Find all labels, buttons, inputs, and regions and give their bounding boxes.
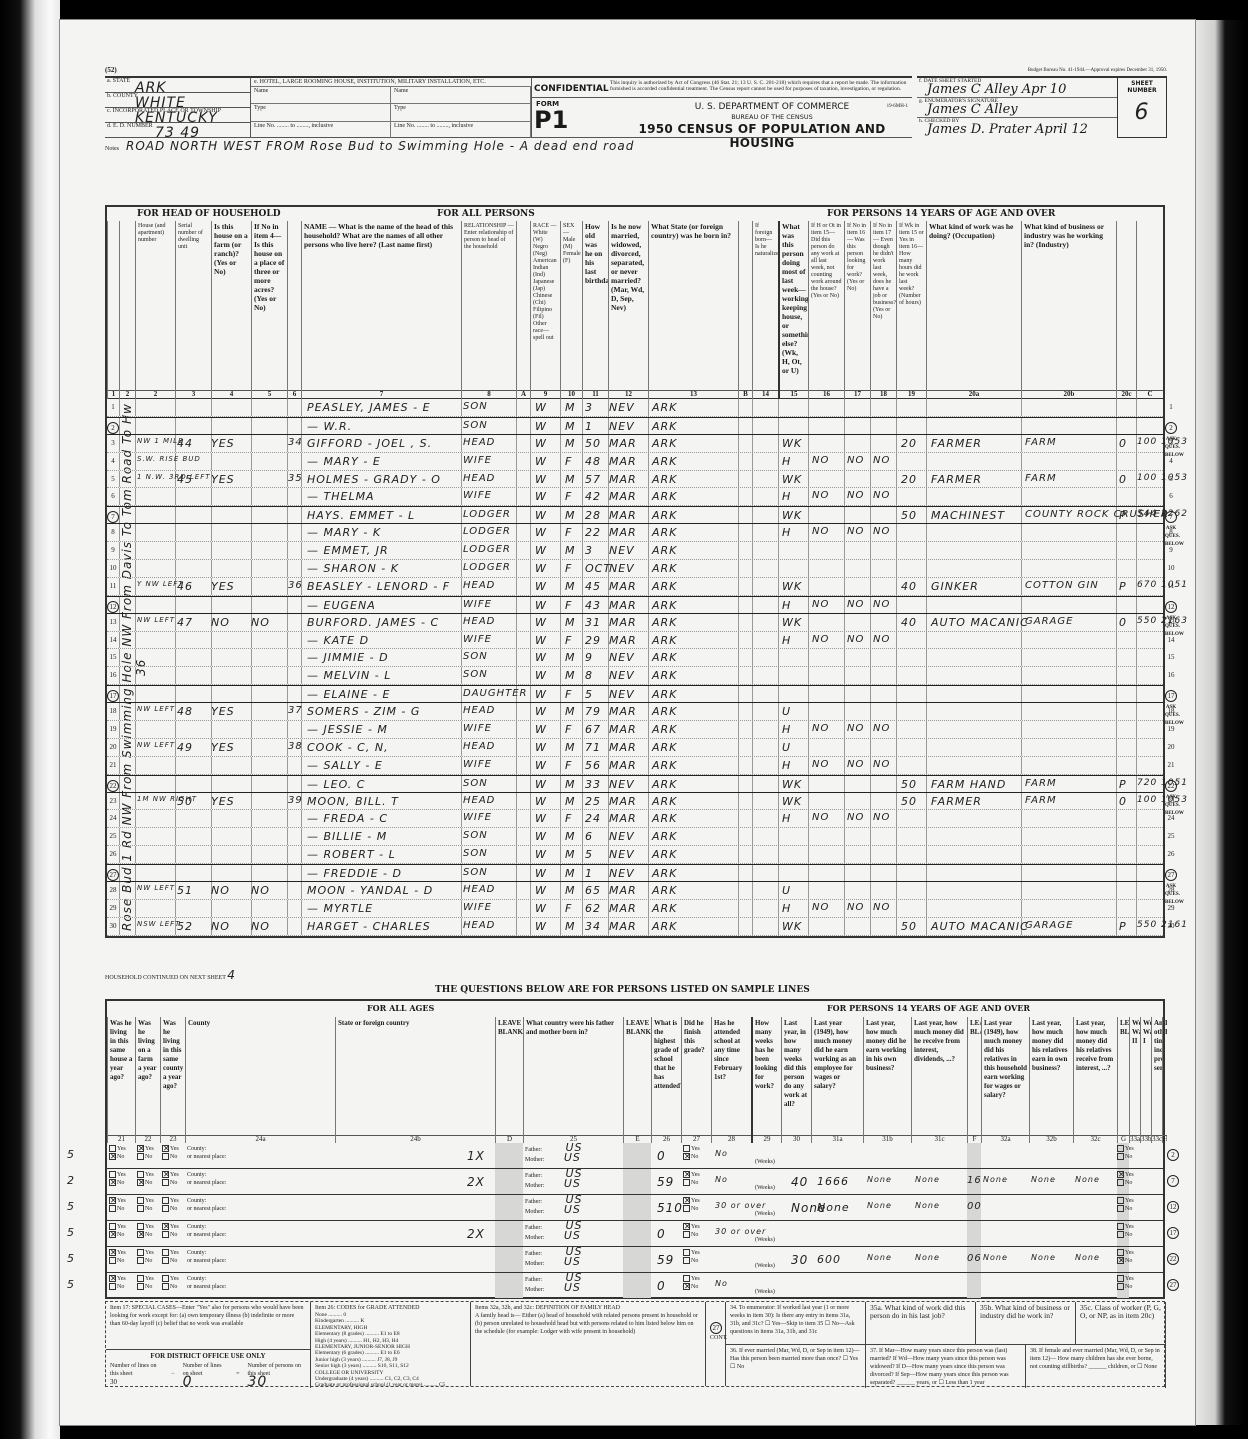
leave-blank-code: 550 2161 — [1137, 920, 1188, 930]
q23-checkbox[interactable]: ✕YesNo — [162, 1171, 179, 1187]
line-number: 8 — [107, 528, 119, 536]
sample-line-number: 17 — [1167, 1226, 1179, 1239]
parents-birthplace: Father: USMother: US — [525, 1170, 583, 1190]
question-34: 34. To enumerator: If worked last year (… — [726, 1302, 866, 1345]
table-row: 6— THELMAWIFEWF42MARARKHNONONO6 — [107, 488, 1163, 506]
relationship: LODGER — [463, 509, 511, 520]
notes-text: ROAD NORTH WEST FROM Rose Bud to Swimmin… — [126, 139, 634, 153]
parents-birthplace: Father: USMother: US — [525, 1196, 583, 1216]
has-job: NO — [873, 455, 890, 466]
location-box: a. STATEARK b. COUNTYWHITE c. INCORPORAT… — [105, 76, 250, 138]
q21-checkbox[interactable]: Yes✕No — [109, 1171, 126, 1187]
col-race: RACE — White (W) Negro (Neg) American In… — [530, 221, 560, 399]
sex: F — [565, 688, 572, 701]
q23-checkbox[interactable]: YesNo — [162, 1249, 179, 1265]
over14-title: FOR PERSONS 14 YEARS OF AGE AND OVER — [827, 1003, 1030, 1013]
house-number: NW LEFT — [137, 705, 175, 713]
agq-number: 39 — [288, 795, 303, 806]
col-agq: 6 — [287, 221, 301, 399]
person-name: MOON, BILL. T — [307, 795, 399, 808]
looking-for-work: NO — [847, 759, 864, 770]
left-margin-mark: 5 — [67, 1252, 75, 1265]
highest-grade: 59 — [657, 1175, 674, 1189]
occupation: FARMER — [931, 437, 982, 450]
house-number: NW LEFT — [137, 616, 175, 624]
weeks-label: (Weeks) — [755, 1184, 775, 1192]
line-number: 1 — [107, 403, 119, 411]
other-income: None — [915, 1201, 940, 1210]
parents-birthplace: Father: USMother: US — [525, 1248, 583, 1268]
ww2-checkbox[interactable]: YesNo — [1117, 1275, 1134, 1291]
attended-school[interactable]: No — [715, 1279, 728, 1288]
q23-checkbox[interactable]: YesNo — [162, 1197, 179, 1213]
birthplace: ARK — [652, 651, 677, 664]
leave-blank-f: 00 — [967, 1201, 982, 1212]
marital-status: MAR — [609, 759, 637, 772]
wages-1949: 600 — [817, 1253, 841, 1266]
county-field: County:or nearest place: — [187, 1197, 226, 1213]
person-name: — MARY - K — [307, 526, 381, 539]
on-farm: YES — [211, 580, 235, 593]
birthplace: ARK — [652, 420, 677, 433]
table-row: 19— JESSIE - MWIFEWF67MARARKHNONONO19 — [107, 721, 1163, 739]
finished-grade-checkbox[interactable]: Yes✕No — [683, 1145, 700, 1161]
ww2-checkbox[interactable]: Yes✕No — [1117, 1249, 1134, 1265]
finished-grade-checkbox[interactable]: ✕YesNo — [683, 1223, 700, 1239]
sample-line-number: 7 — [1167, 1174, 1179, 1187]
leave-blank-code: 720 1051 — [1137, 778, 1188, 788]
relationship: SON — [463, 651, 488, 662]
line-number: 24 — [107, 814, 119, 822]
line-number-right: 5 — [1165, 475, 1177, 483]
person-name: — FREDA - C — [307, 812, 388, 825]
sex: F — [565, 812, 572, 825]
relationship: HEAD — [463, 795, 495, 806]
leave-blank-code: 550 2163 — [1137, 616, 1188, 626]
col-birthplace: What State (or foreign country) was he b… — [648, 221, 738, 399]
line-number-right: 8 — [1165, 528, 1177, 536]
line-number: 21 — [107, 761, 119, 769]
table-row: 18NW LEFT48YES37SOMERS - ZIM - GHEADWM79… — [107, 703, 1163, 721]
hours-worked: 40 — [901, 616, 917, 629]
age: 8 — [585, 669, 593, 682]
marital-status: MAR — [609, 920, 637, 933]
q22-checkbox[interactable]: Yes✕No — [137, 1223, 154, 1239]
relationship: WIFE — [463, 759, 492, 770]
sex: M — [565, 651, 576, 664]
attended-school[interactable]: No — [715, 1175, 728, 1184]
age: OCT — [585, 562, 611, 575]
occupation: GINKER — [931, 580, 979, 593]
race: W — [535, 651, 547, 664]
birthplace: ARK — [652, 688, 677, 701]
line-number: 28 — [107, 886, 119, 894]
state-label: a. STATE — [107, 78, 130, 84]
sample-title: THE QUESTIONS BELOW ARE FOR PERSONS LIST… — [435, 985, 810, 995]
highest-grade: 0 — [657, 1279, 666, 1293]
finished-grade-checkbox[interactable]: YesNo — [683, 1249, 700, 1265]
sample-col-H: LEAVE BLANKH — [1162, 1017, 1167, 1143]
age: 5 — [585, 688, 593, 701]
question-35c: 35c. Class of worker (P, G, O, or NP, as… — [1076, 1302, 1166, 1345]
race: W — [535, 848, 547, 861]
serial-number: 49 — [177, 741, 193, 754]
table-row: 29— MYRTLEWIFEWF62MARARKHNONONO29 — [107, 900, 1163, 918]
birthplace: ARK — [652, 437, 677, 450]
serial-number: 45 — [177, 473, 193, 486]
person-name: — SHARON - K — [307, 562, 399, 575]
section-14-over: FOR PERSONS 14 YEARS OF AGE AND OVER — [827, 209, 1055, 219]
col-has-job: If No in item 17— Even though he didn't … — [870, 221, 896, 399]
ww2-checkbox[interactable]: YesNo — [1117, 1223, 1134, 1239]
person-name: GIFFORD - JOEL , S. — [307, 437, 432, 450]
birthplace: ARK — [652, 526, 677, 539]
table-row: 8— MARY - KLODGERWF22MARARKHNONONO8 — [107, 524, 1163, 542]
relatives-other: None — [1075, 1175, 1100, 1184]
birthplace: ARK — [652, 902, 677, 915]
table-row: 16— MELVIN - LSONWM8NEVARK16 — [107, 667, 1163, 685]
q23-checkbox[interactable]: ✕YesNo — [162, 1223, 179, 1239]
race: W — [535, 830, 547, 843]
person-name: BEASLEY - LENORD - F — [307, 580, 450, 593]
birthplace: ARK — [652, 830, 677, 843]
table-row: 9— EMMET, JRLODGERWM3NEVARK9 — [107, 542, 1163, 560]
all-ages-title: FOR ALL AGES — [367, 1003, 434, 1013]
activity: H — [782, 812, 791, 825]
class-of-worker: P — [1119, 778, 1127, 791]
ww2-checkbox[interactable]: ✕YesNo — [1117, 1171, 1134, 1187]
person-name: — MELVIN - L — [307, 669, 391, 682]
table-row: 12— EUGENAWIFEWF43MARARKHNONONO12ASK QUE… — [107, 596, 1163, 614]
age: 57 — [585, 473, 601, 486]
col-relationship: RELATIONSHIP — Enter relationship of per… — [461, 221, 516, 399]
serial-number: 46 — [177, 580, 193, 593]
q22-checkbox[interactable]: YesNo — [137, 1197, 154, 1213]
birthplace: ARK — [652, 759, 677, 772]
has-job: NO — [873, 812, 890, 823]
marital-status: MAR — [609, 741, 637, 754]
q21-checkbox[interactable]: Yes✕No — [109, 1223, 126, 1239]
race: W — [535, 902, 547, 915]
person-name: SOMERS - ZIM - G — [307, 705, 420, 718]
bureau: BUREAU OF THE CENSUS — [652, 113, 892, 121]
hotel-type-2: Type — [391, 103, 531, 120]
birthplace: ARK — [652, 616, 677, 629]
highest-grade: 0 — [657, 1227, 666, 1241]
table-row: 22— LEO. CSONWM33NEVARKWK50FARM HANDFARM… — [107, 775, 1163, 793]
sample-line-number: 27 — [1167, 1278, 1179, 1291]
hours-worked: 50 — [901, 509, 917, 522]
col-naturalized: If foreign born— Is he naturalized?14 — [752, 221, 778, 399]
line-number: 30 — [107, 922, 119, 930]
looking-for-work: NO — [847, 902, 864, 913]
hotel-lines-2: Line No. ........ to ........, inclusive — [391, 121, 531, 138]
agq-number: 38 — [288, 741, 303, 752]
age: 1 — [585, 867, 593, 880]
person-name: — ELAINE - E — [307, 688, 390, 701]
footer-instructions: Item 17: SPECIAL CASES—Enter "Yes" also … — [105, 1301, 1165, 1387]
sample-col-G: LEAVE BLANKG — [1117, 1017, 1129, 1143]
col-class: 20c — [1116, 221, 1136, 399]
sample-row: ✕YesNoYesNoYesNoCounty:or nearest place:… — [107, 1195, 1163, 1221]
occupation: MACHINEST — [931, 509, 1005, 522]
sample-lines-section: THE QUESTIONS BELOW ARE FOR PERSONS LIST… — [105, 985, 1165, 1390]
sex: M — [565, 420, 576, 433]
industry: FARM — [1025, 778, 1057, 789]
line-number: 2 — [107, 422, 119, 434]
sex: M — [565, 437, 576, 450]
section-head-of-household: FOR HEAD OF HOUSEHOLD — [137, 209, 281, 219]
relationship: SON — [463, 669, 488, 680]
left-margin-mark: 5 — [67, 1200, 75, 1213]
leave-blank-d: 2X — [467, 1227, 485, 1241]
q22-checkbox[interactable]: YesNo — [137, 1249, 154, 1265]
any-work: NO — [812, 759, 829, 770]
sex: F — [565, 634, 572, 647]
table-row: 11Y NW LEFT46YES36BEASLEY - LENORD - FHE… — [107, 578, 1163, 596]
marital-status: NEV — [609, 688, 635, 701]
birthplace: ARK — [652, 723, 677, 736]
birthplace: ARK — [652, 509, 677, 522]
industry: FARM — [1025, 795, 1057, 806]
leave-blank-code: 100 1053 — [1137, 437, 1188, 447]
sex: M — [565, 473, 576, 486]
race: W — [535, 544, 547, 557]
industry: GARAGE — [1025, 920, 1073, 931]
sex: M — [565, 509, 576, 522]
table-row: 1PEASLEY, JAMES - ESONWM3NEVARK1 — [107, 399, 1163, 417]
q21-checkbox[interactable]: ✕YesNo — [109, 1249, 126, 1265]
col-leave-a: A — [516, 221, 530, 399]
race: W — [535, 795, 547, 808]
finished-grade-checkbox[interactable]: ✕YesNo — [683, 1171, 700, 1187]
q22-checkbox[interactable]: Yes✕No — [137, 1171, 154, 1187]
race: W — [535, 669, 547, 682]
on-farm: NO — [211, 884, 230, 897]
age: 6 — [585, 830, 593, 843]
sex: F — [565, 599, 572, 612]
sample-col-28: Has he attended school at any time since… — [711, 1017, 751, 1143]
any-work: NO — [812, 723, 829, 734]
census-sheet: (52) a. STATEARK b. COUNTYWHITE c. INCOR… — [60, 20, 1195, 1425]
sample-row: Yes✕No✕YesNo✕YesNoCounty:or nearest plac… — [107, 1143, 1163, 1169]
continued-note: HOUSEHOLD CONTINUED ON NEXT SHEET 4 — [105, 968, 236, 982]
person-name: HARGET - CHARLES — [307, 920, 431, 933]
question-36: 36. If ever married (Mar, Wd, D, or Sep … — [726, 1345, 866, 1388]
serial-number: 50 — [177, 795, 193, 808]
table-row: 3NW 1 MILE44YES34GIFFORD - JOEL , S.HEAD… — [107, 435, 1163, 453]
line-number-right: 3 — [1165, 439, 1177, 447]
line-number: 23 — [107, 797, 119, 805]
attended-school[interactable]: 30 or over — [715, 1227, 766, 1236]
house-number: NSW LEFT — [137, 920, 180, 928]
activity: WK — [782, 580, 802, 593]
col-farm: Is this house on a farm (or ranch)? (Yes… — [211, 221, 251, 399]
col-any-work: If H or Ot in item 15— Did this person d… — [808, 221, 844, 399]
race: W — [535, 616, 547, 629]
line-number: 27 — [107, 869, 119, 881]
house-number: NW LEFT — [137, 741, 175, 749]
sheet-header: (52) a. STATEARK b. COUNTYWHITE c. INCOR… — [105, 68, 1165, 180]
age: 71 — [585, 741, 601, 754]
q21-checkbox[interactable]: Yes✕No — [109, 1145, 126, 1161]
age: 43 — [585, 599, 601, 612]
race: W — [535, 723, 547, 736]
sex: F — [565, 490, 572, 503]
enumerator-signature: James C Alley — [927, 102, 1018, 117]
grade-codes: Item 26: CODES for GRADE ATTENDED None .… — [311, 1302, 471, 1386]
attended-school[interactable]: No — [715, 1149, 728, 1158]
person-name: COOK - C, N, — [307, 741, 389, 754]
relationship: SON — [463, 420, 488, 431]
race: W — [535, 688, 547, 701]
line-number: 11 — [107, 582, 119, 590]
class-of-worker: P — [1119, 509, 1127, 522]
line-number: 14 — [107, 636, 119, 644]
person-name: — FREDDIE - D — [307, 867, 402, 880]
three-acres: NO — [251, 920, 270, 933]
sex: M — [565, 401, 576, 414]
marital-status: MAR — [609, 599, 637, 612]
any-work: NO — [812, 490, 829, 501]
q22-checkbox[interactable]: ✕YesNo — [137, 1145, 154, 1161]
own-business-income: None — [867, 1253, 892, 1262]
budget-note: Budget Bureau No. 41-1944.—Approval expi… — [917, 68, 1167, 73]
person-name: — EUGENA — [307, 599, 376, 612]
attended-school[interactable]: 30 or over — [715, 1201, 766, 1210]
on-farm: YES — [211, 795, 235, 808]
marital-status: MAR — [609, 902, 637, 915]
district-office-box: FOR DISTRICT OFFICE USE ONLY Number of l… — [106, 1350, 311, 1388]
relationship: SON — [463, 867, 488, 878]
marital-status: MAR — [609, 884, 637, 897]
relationship: WIFE — [463, 490, 492, 501]
sample-col-31a: Last year (1949), how much money did he … — [811, 1017, 863, 1143]
left-margin-mark: 5 — [67, 1278, 75, 1291]
sample-col-24a: County24a — [185, 1017, 335, 1143]
leave-blank-f: 06 — [967, 1253, 982, 1264]
serial-number: 44 — [177, 437, 193, 450]
house-number: NW LEFT — [137, 884, 175, 892]
col-name: NAME — What is the name of the head of t… — [301, 221, 461, 399]
person-name: — W.R. — [307, 420, 352, 433]
weeks-label: (Weeks) — [755, 1236, 775, 1244]
family-head-definition: Items 32a, 32b, and 32c: DEFINITION OF F… — [471, 1302, 706, 1386]
person-name: — JESSIE - M — [307, 723, 388, 736]
race: W — [535, 509, 547, 522]
agq-number: 35 — [288, 473, 303, 484]
relationship: SON — [463, 830, 488, 841]
serial-number: 48 — [177, 705, 193, 718]
activity: H — [782, 634, 791, 647]
class-of-worker: 0 — [1119, 473, 1127, 486]
activity: U — [782, 705, 791, 718]
line-number-right: 24 — [1165, 814, 1177, 822]
line-number-right: 15 — [1165, 653, 1177, 661]
table-row: 26— ROBERT - LSONWM5NEVARK26 — [107, 846, 1163, 864]
marital-status: NEV — [609, 848, 635, 861]
marital-status: MAR — [609, 437, 637, 450]
occupation: FARMER — [931, 795, 982, 808]
marital-status: NEV — [609, 867, 635, 880]
race: W — [535, 437, 547, 450]
race: W — [535, 920, 547, 933]
person-name: — BILLIE - M — [307, 830, 387, 843]
q23-checkbox[interactable]: YesNo — [162, 1275, 179, 1291]
own-business-income: None — [867, 1201, 892, 1210]
q21-checkbox[interactable]: ✕YesNo — [109, 1275, 126, 1291]
activity: H — [782, 759, 791, 772]
column-headers: FOR HEAD OF HOUSEHOLD FOR ALL PERSONS FO… — [107, 207, 1163, 399]
any-work: NO — [812, 526, 829, 537]
checked-by: James D. Prater April 12 — [927, 122, 1088, 137]
ww2-checkbox[interactable]: YesNo — [1117, 1145, 1134, 1161]
line-number-right: 14 — [1165, 636, 1177, 644]
birthplace: ARK — [652, 455, 677, 468]
person-name: — ROBERT - L — [307, 848, 396, 861]
age: 33 — [585, 778, 601, 791]
sex: M — [565, 580, 576, 593]
activity: U — [782, 741, 791, 754]
activity: WK — [782, 509, 802, 522]
activity: H — [782, 902, 791, 915]
form-number: P1 — [534, 106, 568, 134]
birthplace: ARK — [652, 884, 677, 897]
relationship: LODGER — [463, 562, 511, 573]
other-income: None — [915, 1253, 940, 1262]
sample-row: ✕YesNoYesNoYesNoCounty:or nearest place:… — [107, 1273, 1163, 1299]
race: W — [535, 599, 547, 612]
sample-col-33a: World War II33a — [1129, 1017, 1140, 1143]
activity: WK — [782, 920, 802, 933]
q21-checkbox[interactable]: ✕YesNo — [109, 1197, 126, 1213]
table-row: 30NSW LEFT52NONOHARGET - CHARLESHEADWM34… — [107, 918, 1163, 936]
line-number: 25 — [107, 832, 119, 840]
relationship: DAUGHTER — [463, 688, 528, 699]
age: 3 — [585, 401, 593, 414]
birthplace: ARK — [652, 920, 677, 933]
on-farm: YES — [211, 705, 235, 718]
marital-status: MAR — [609, 580, 637, 593]
ww2-checkbox[interactable]: YesNo — [1117, 1197, 1134, 1213]
q22-checkbox[interactable]: YesNo — [137, 1275, 154, 1291]
county-field: County:or nearest place: — [187, 1275, 226, 1291]
agq-number: 34 — [288, 437, 303, 448]
col-activity: What was this person doing most of last … — [778, 221, 808, 399]
class-of-worker: P — [1119, 920, 1127, 933]
col-street: 2 — [119, 221, 135, 399]
age: 31 — [585, 616, 601, 629]
finished-grade-checkbox[interactable]: Yes✕No — [683, 1275, 700, 1291]
has-job: NO — [873, 526, 890, 537]
table-row: 4S.W. RISE BUD— MARY - EWIFEWF48MARARKHN… — [107, 453, 1163, 471]
looking-for-work: NO — [847, 723, 864, 734]
age: 42 — [585, 490, 601, 503]
age: 67 — [585, 723, 601, 736]
activity: U — [782, 884, 791, 897]
col-house: House (and apartment) number2 — [135, 221, 175, 399]
sample-col-E: LEAVE BLANKE — [623, 1017, 651, 1143]
person-name: HAYS. EMMET - L — [307, 509, 415, 522]
looking-for-work: NO — [847, 634, 864, 645]
leave-blank-code: 544 2262 — [1137, 509, 1188, 519]
relationship: LODGER — [463, 544, 511, 555]
finished-grade-checkbox[interactable]: ✕YesNo — [683, 1197, 700, 1213]
activity: H — [782, 455, 791, 468]
marital-status: MAR — [609, 473, 637, 486]
q23-checkbox[interactable]: ✕YesNo — [162, 1145, 179, 1161]
person-name: — THELMA — [307, 490, 375, 503]
